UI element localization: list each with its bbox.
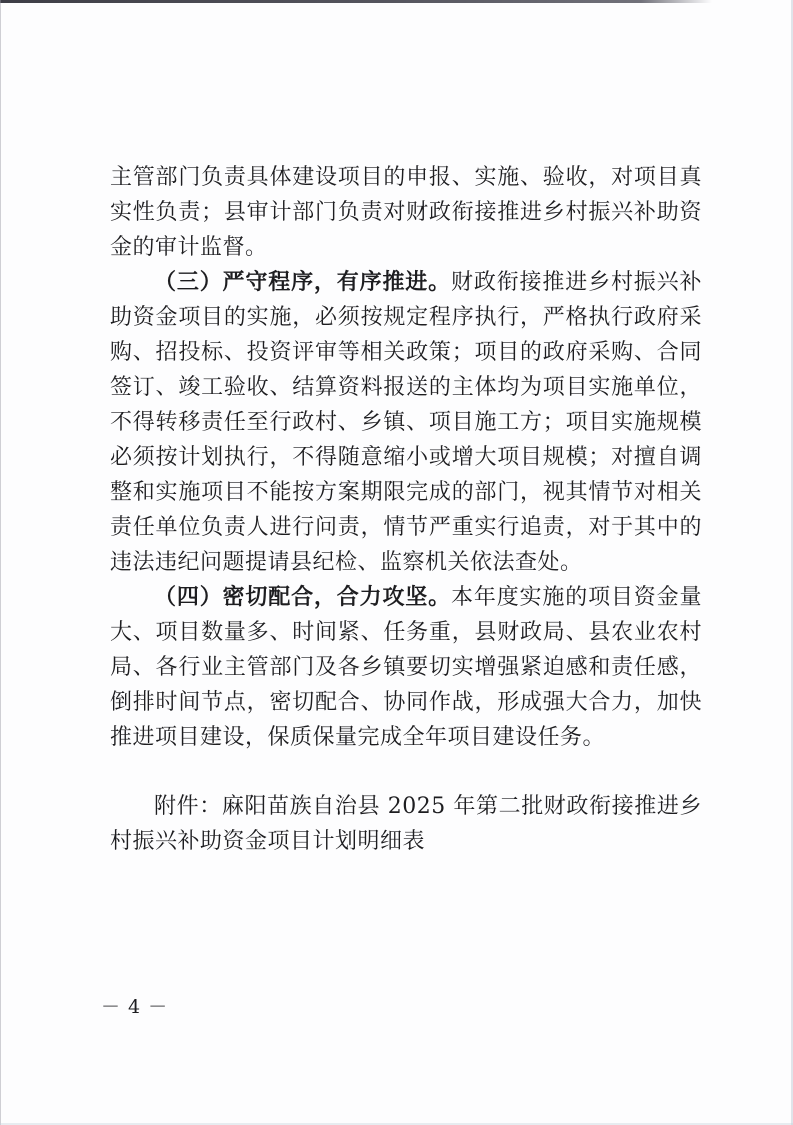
- page-number: － 4 －: [101, 992, 168, 1019]
- paragraph: （四）密切配合，合力攻坚。本年度实施的项目资金量大、项目数量多、时间紧、任务重，…: [110, 580, 702, 755]
- paragraph-text: 财政衔接推进乡村振兴补助资金项目的实施，必须按规定程序执行，严格执行政府采购、招…: [110, 270, 702, 575]
- paragraph-text: 主管部门负责具体建设项目的申报、实施、验收，对项目真实性负责；县审计部门负责对财…: [110, 165, 702, 260]
- scan-artifact-left-edge: [0, 0, 1, 1125]
- scan-artifact-top-edge: [0, 0, 712, 3]
- paragraph: 附件：麻阳苗族自治县 2025 年第二批财政衔接推进乡村振兴补助资金项目计划明细…: [110, 789, 702, 859]
- section-heading: （三）严守程序，有序推进。: [154, 269, 451, 295]
- section-heading: （四）密切配合，合力攻坚。: [154, 584, 451, 610]
- paragraph: 主管部门负责具体建设项目的申报、实施、验收，对项目真实性负责；县审计部门负责对财…: [110, 160, 702, 265]
- document-body: 主管部门负责具体建设项目的申报、实施、验收，对项目真实性负责；县审计部门负责对财…: [110, 160, 702, 859]
- paragraph: （三）严守程序，有序推进。财政衔接推进乡村振兴补助资金项目的实施，必须按规定程序…: [110, 265, 702, 580]
- paragraph-text: 附件：麻阳苗族自治县 2025 年第二批财政衔接推进乡村振兴补助资金项目计划明细…: [110, 794, 702, 854]
